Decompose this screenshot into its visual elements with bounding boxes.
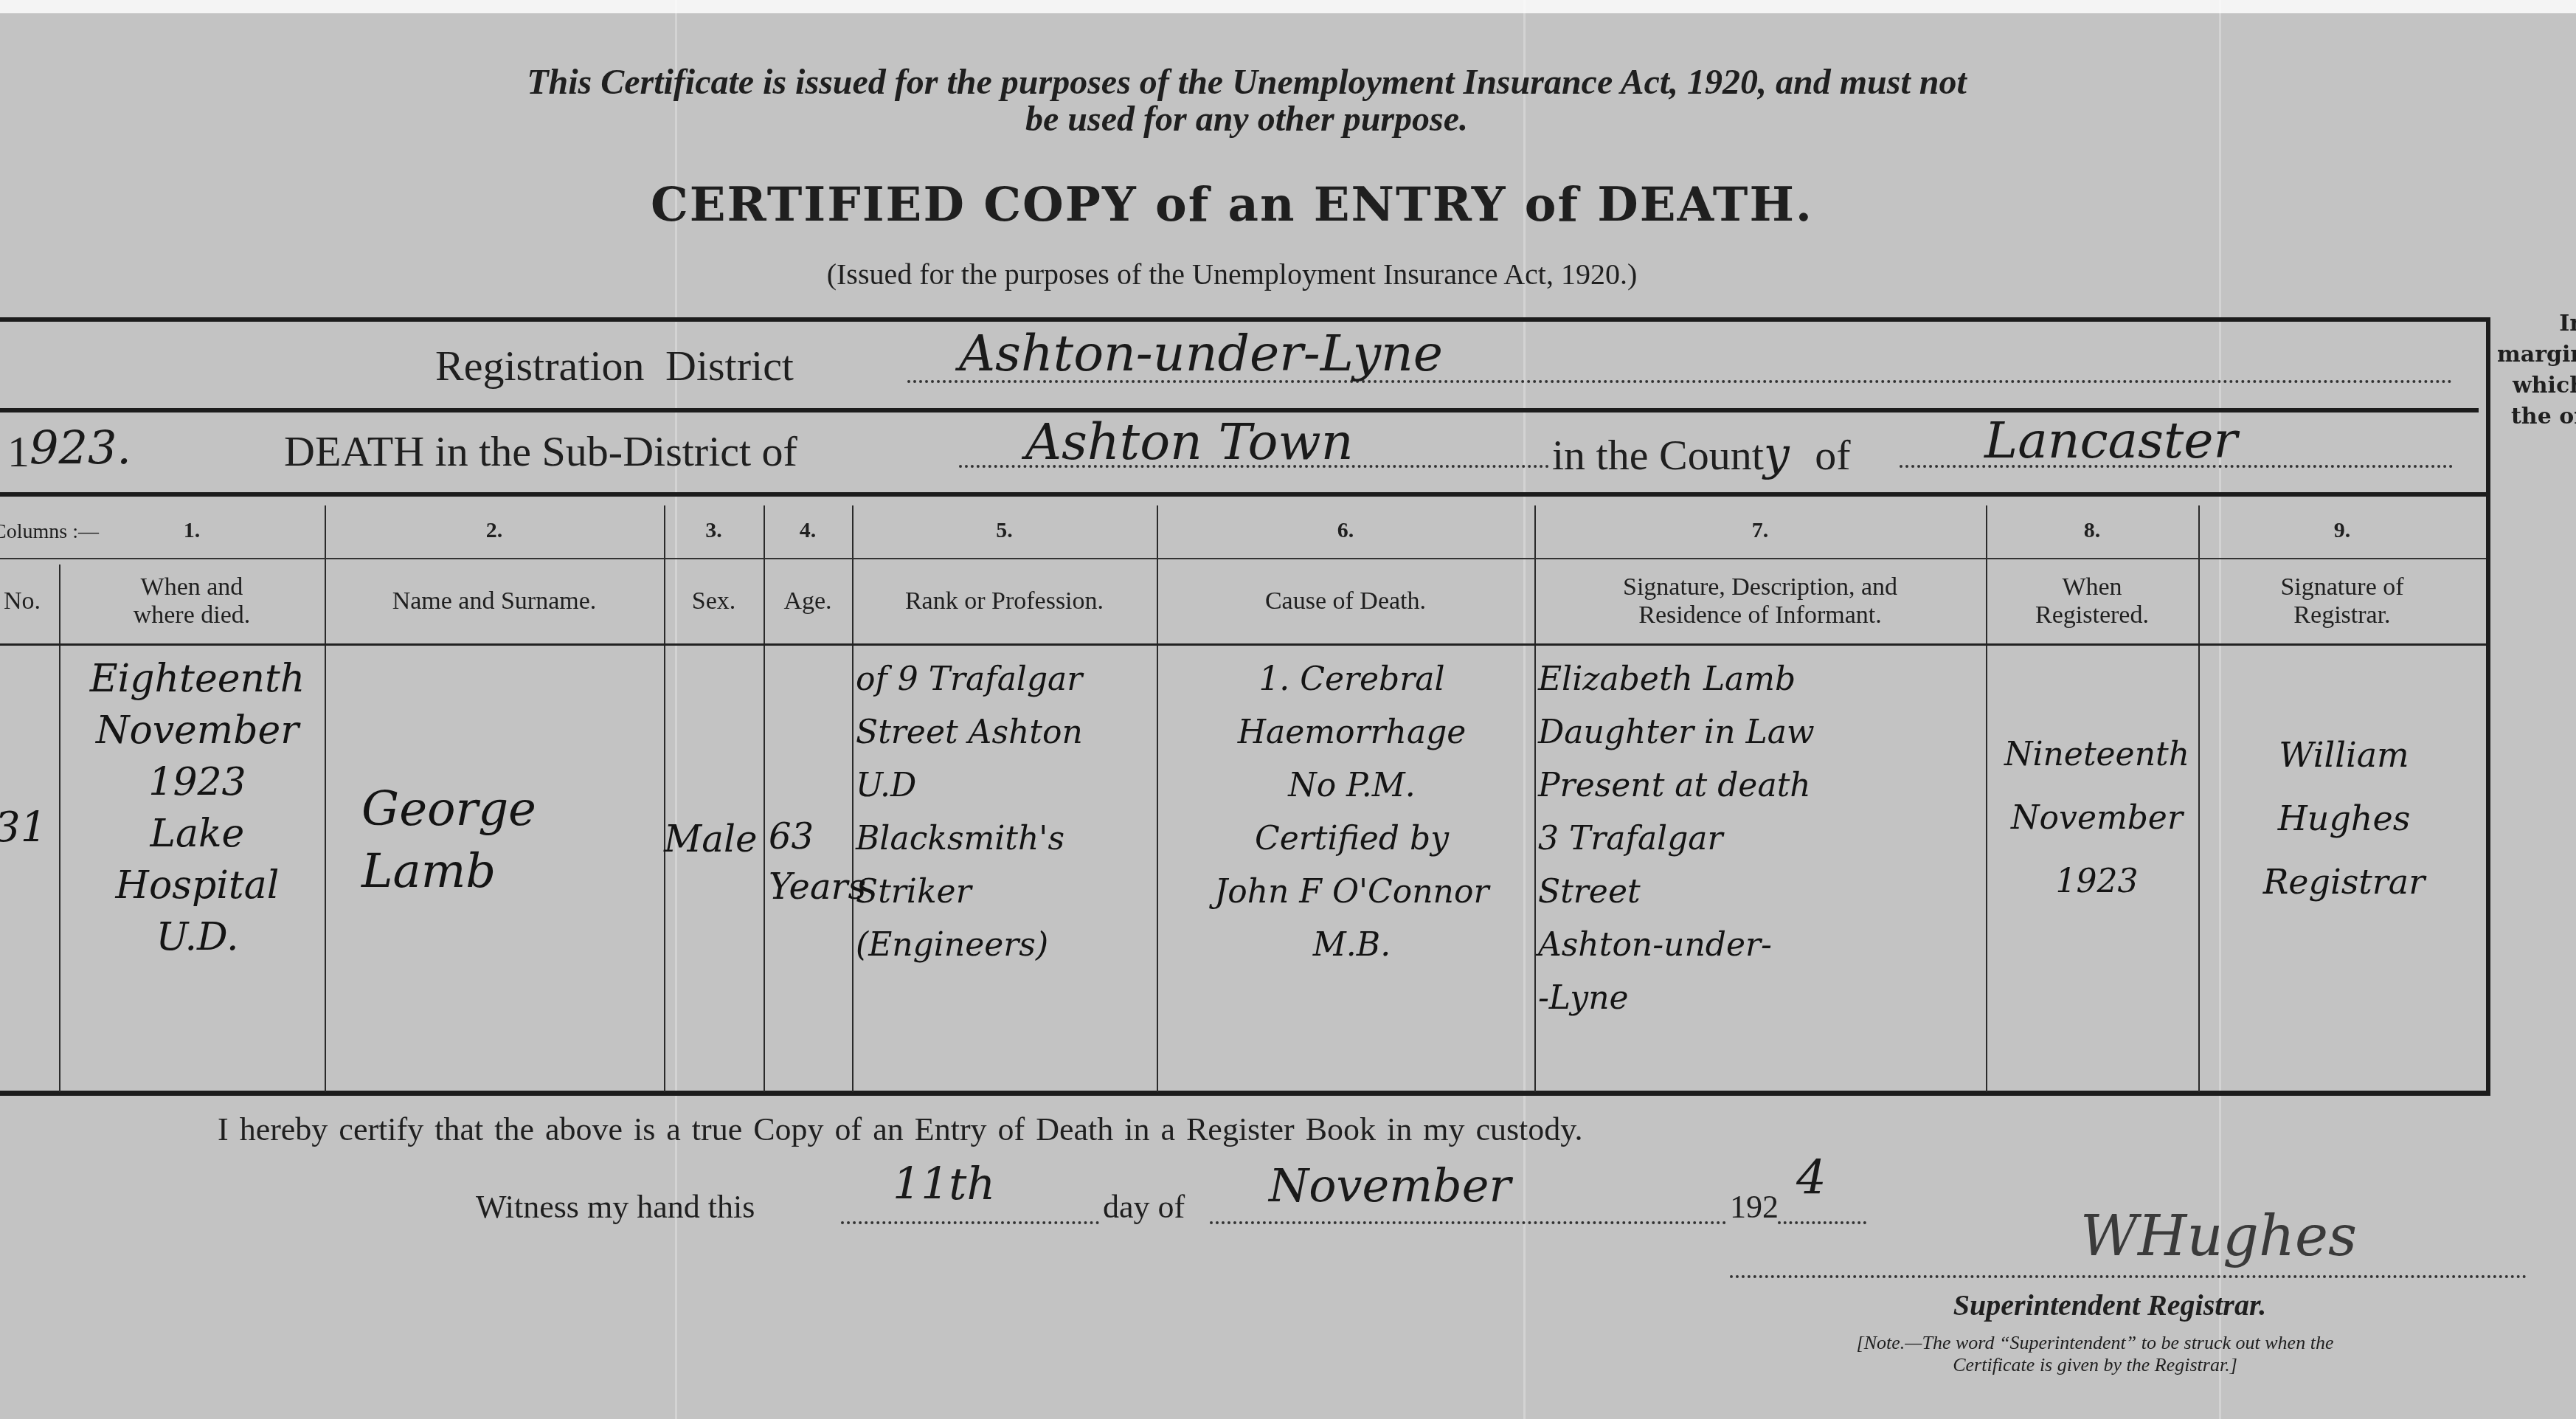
- scan-top-edge: [0, 0, 2576, 13]
- column-number: 7.: [1534, 518, 1986, 543]
- signature-dotted-line: [1730, 1275, 2527, 1278]
- frame-top-rule: [0, 317, 2490, 322]
- entry-sex: Male: [664, 812, 764, 866]
- entry-cause-of-death: 1. Cerebral Haemorrhage No P.M. Certifie…: [1169, 653, 1534, 972]
- footnote-line-2: Certificate is given by the Registrar.]: [1719, 1354, 2471, 1376]
- column-number: 8.: [1986, 518, 2198, 543]
- entry-profession: of 9 Trafalgar Street Ashton U.D Blacksm…: [856, 653, 1158, 972]
- usage-notice-line-1: This Certificate is issued for the purpo…: [52, 65, 2442, 100]
- entry-when-registered: Nineteenth November 1923: [1992, 723, 2202, 914]
- column-number: 5.: [852, 518, 1157, 543]
- entry-number: 31: [0, 801, 46, 855]
- county-value: Lancaster: [1984, 412, 2237, 470]
- subdistrict-value: Ashton Town: [1025, 413, 1354, 472]
- witness-year-value: 4: [1796, 1151, 1827, 1206]
- registration-district-label: Registration District: [435, 341, 794, 390]
- county-suffix: y: [1764, 427, 1790, 480]
- column-header-cause: Cause of Death.: [1157, 561, 1534, 642]
- column-number: 4.: [764, 518, 852, 543]
- day-dotted-line: [841, 1221, 1099, 1224]
- county-label: in the County of: [1552, 427, 1851, 480]
- column-header-no: No.: [0, 561, 59, 642]
- column-header-profession: Rank or Profession.: [852, 561, 1157, 642]
- column-number: 2.: [325, 518, 664, 543]
- certification-statement: I hereby certify that the above is a tru…: [218, 1111, 1582, 1148]
- witness-day-value: 11th: [893, 1159, 995, 1210]
- column-number: 3.: [664, 518, 764, 543]
- county-label-part-a: in the Count: [1552, 431, 1764, 479]
- margin-note-line: In: [2497, 308, 2576, 339]
- column-header-registered: When Registered.: [1986, 561, 2198, 642]
- column-number: 6.: [1157, 518, 1534, 543]
- footnote-line-1: [Note.—The word “Superintendent” to be s…: [1719, 1332, 2471, 1354]
- year-label: 192: [1730, 1188, 1779, 1226]
- usage-notice-line-2: be used for any other purpose.: [52, 102, 2442, 137]
- registrar-signature: WHughes: [2080, 1203, 2357, 1268]
- table-bottom-rule: [0, 1091, 2490, 1096]
- column-header-sex: Sex.: [664, 561, 764, 642]
- county-label-part-b: of: [1815, 431, 1850, 479]
- year-value: 923.: [30, 421, 131, 474]
- witness-label: Witness my hand this: [476, 1188, 755, 1226]
- footnote: [Note.—The word “Superintendent” to be s…: [1719, 1332, 2471, 1376]
- margin-note-line: which: [2497, 370, 2576, 401]
- entry-age: 63 Years: [769, 812, 856, 912]
- column-header-informant: Signature, Description, and Residence of…: [1534, 561, 1986, 642]
- witness-month-value: November: [1269, 1159, 1511, 1212]
- signer-title: Superintendent Registrar.: [1778, 1288, 2442, 1322]
- entry-registrar-signature: William Hughes Registrar: [2202, 723, 2486, 914]
- entry-informant: Elizabeth Lamb Daughter in Law Present a…: [1538, 653, 1984, 1025]
- column-number-rule: [0, 558, 2486, 559]
- margin-note: In margin which the or: [2497, 308, 2576, 432]
- frame-right-rule: [2486, 317, 2490, 1096]
- usage-notice: This Certificate is issued for the purpo…: [52, 65, 2442, 137]
- registration-district-value: Ashton-under-Lyne: [959, 325, 1443, 383]
- entry-when-where: Eighteenth November 1923 Lake Hospital U…: [70, 653, 325, 963]
- subdistrict-rule: [0, 492, 2490, 497]
- column-header-age: Age.: [764, 561, 852, 642]
- margin-note-line: the or: [2497, 401, 2576, 432]
- column-header-registrar: Signature of Registrar.: [2198, 561, 2486, 642]
- day-of-label: day of: [1103, 1188, 1185, 1226]
- margin-note-line: margin: [2497, 339, 2576, 370]
- year-prefix: 1: [7, 427, 30, 477]
- column-number: 1.: [59, 518, 325, 543]
- column-header-when-where: When and where died.: [59, 561, 325, 642]
- page-subtitle: (Issued for the purposes of the Unemploy…: [0, 257, 2464, 291]
- column-header-name: Name and Surname.: [325, 561, 664, 642]
- year-dotted-line: [1778, 1221, 1866, 1224]
- death-subdistrict-label: DEATH in the Sub-District of: [284, 427, 797, 476]
- column-number: 9.: [2198, 518, 2486, 543]
- month-dotted-line: [1210, 1221, 1726, 1224]
- page-title: CERTIFIED COPY of an ENTRY of DEATH.: [0, 177, 2464, 232]
- entry-name: George Lamb: [361, 778, 657, 902]
- column-header-rule: [0, 643, 2486, 646]
